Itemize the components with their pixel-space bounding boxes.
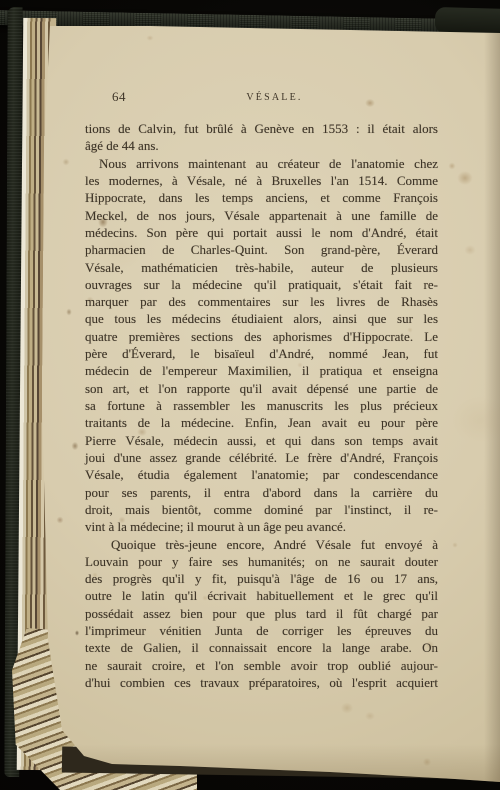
text-line: médecin de l'empereur Maximilien, il pra… [85,362,438,379]
text-line: Quoique très-jeune encore, André Vésale … [85,536,438,553]
page-number: 64 [112,89,126,105]
book-photo: 64 VÉSALE. tions de Calvin, fut brûlé à … [0,0,500,790]
text-line: âgé de 44 ans. [85,137,438,154]
text-line: d'hui combien ces travaux préparatoires,… [85,674,438,691]
text-line: joui d'une assez grande célébrité. Le fr… [85,449,438,466]
text-line: sa fortune à rassembler les manuscrits l… [85,397,438,414]
text-line: l'imprimeur vénitien Junta de corriger l… [85,622,438,639]
text-line: son art, et l'on rapporte qu'il avait dé… [85,380,438,397]
text-line: ouvrages sur la médecine qu'il pratiquai… [85,276,438,293]
text-line: Vésale, mathématicien très-habile, auteu… [85,259,438,276]
text-line: pour ses parents, il entra d'abord dans … [85,484,438,501]
text-line: texte de Galien, il connaissait encore l… [85,639,438,656]
text-line: des progrès qu'il y fit, puisqu'à l'âge … [85,570,438,587]
book-cover-corner [435,7,500,35]
text-line: marquer par des commentaires sur les liv… [85,293,438,310]
text-line: traitants de la médecine. Enfin, Jean av… [85,414,438,431]
text-line: Pierre Vésale, médecin aussi, et qui dan… [85,432,438,449]
text-line: Nous arrivons maintenant au créateur de … [85,155,438,172]
text-line: tions de Calvin, fut brûlé à Genève en 1… [85,120,438,137]
running-header: 64 VÉSALE. [85,89,438,105]
text-line: Hippocrate, dans les temps anciens, et c… [85,189,438,206]
text-line: les modernes, à Vésale, né à Bruxelles l… [85,172,438,189]
text-line: père d'Éverard, le bisaïeul d'André, nom… [85,345,438,362]
text-line: Meckel, de nos jours, Vésale appartenait… [85,207,438,224]
text-line: pharmacien de Charles-Quint. Son grand-p… [85,241,438,258]
text-line: médecins. Son père qui portait aussi le … [85,224,438,241]
running-title: VÉSALE. [246,92,302,103]
text-line: ne saurait croire, et l'on semble avoir … [85,657,438,674]
text-line: outre le latin qu'il écrivait habituelle… [85,587,438,604]
text-line: quatre premières sections des aphorismes… [85,328,438,345]
page-body: tions de Calvin, fut brûlé à Genève en 1… [85,120,438,691]
text-line: vint à la médecine; il mourut à un âge p… [85,518,438,535]
text-line: Vésale, étudia également l'anatomie; par… [85,466,438,483]
text-line: droit, mais bientôt, comme dominé par l'… [85,501,438,518]
text-line: que tous les médecins étudiaient alors, … [85,310,438,327]
text-line: Louvain pour y faire ses humanités; on n… [85,553,438,570]
book-page: 64 VÉSALE. tions de Calvin, fut brûlé à … [0,0,500,790]
text-line: possédait assez bien pour que plus tard … [85,605,438,622]
